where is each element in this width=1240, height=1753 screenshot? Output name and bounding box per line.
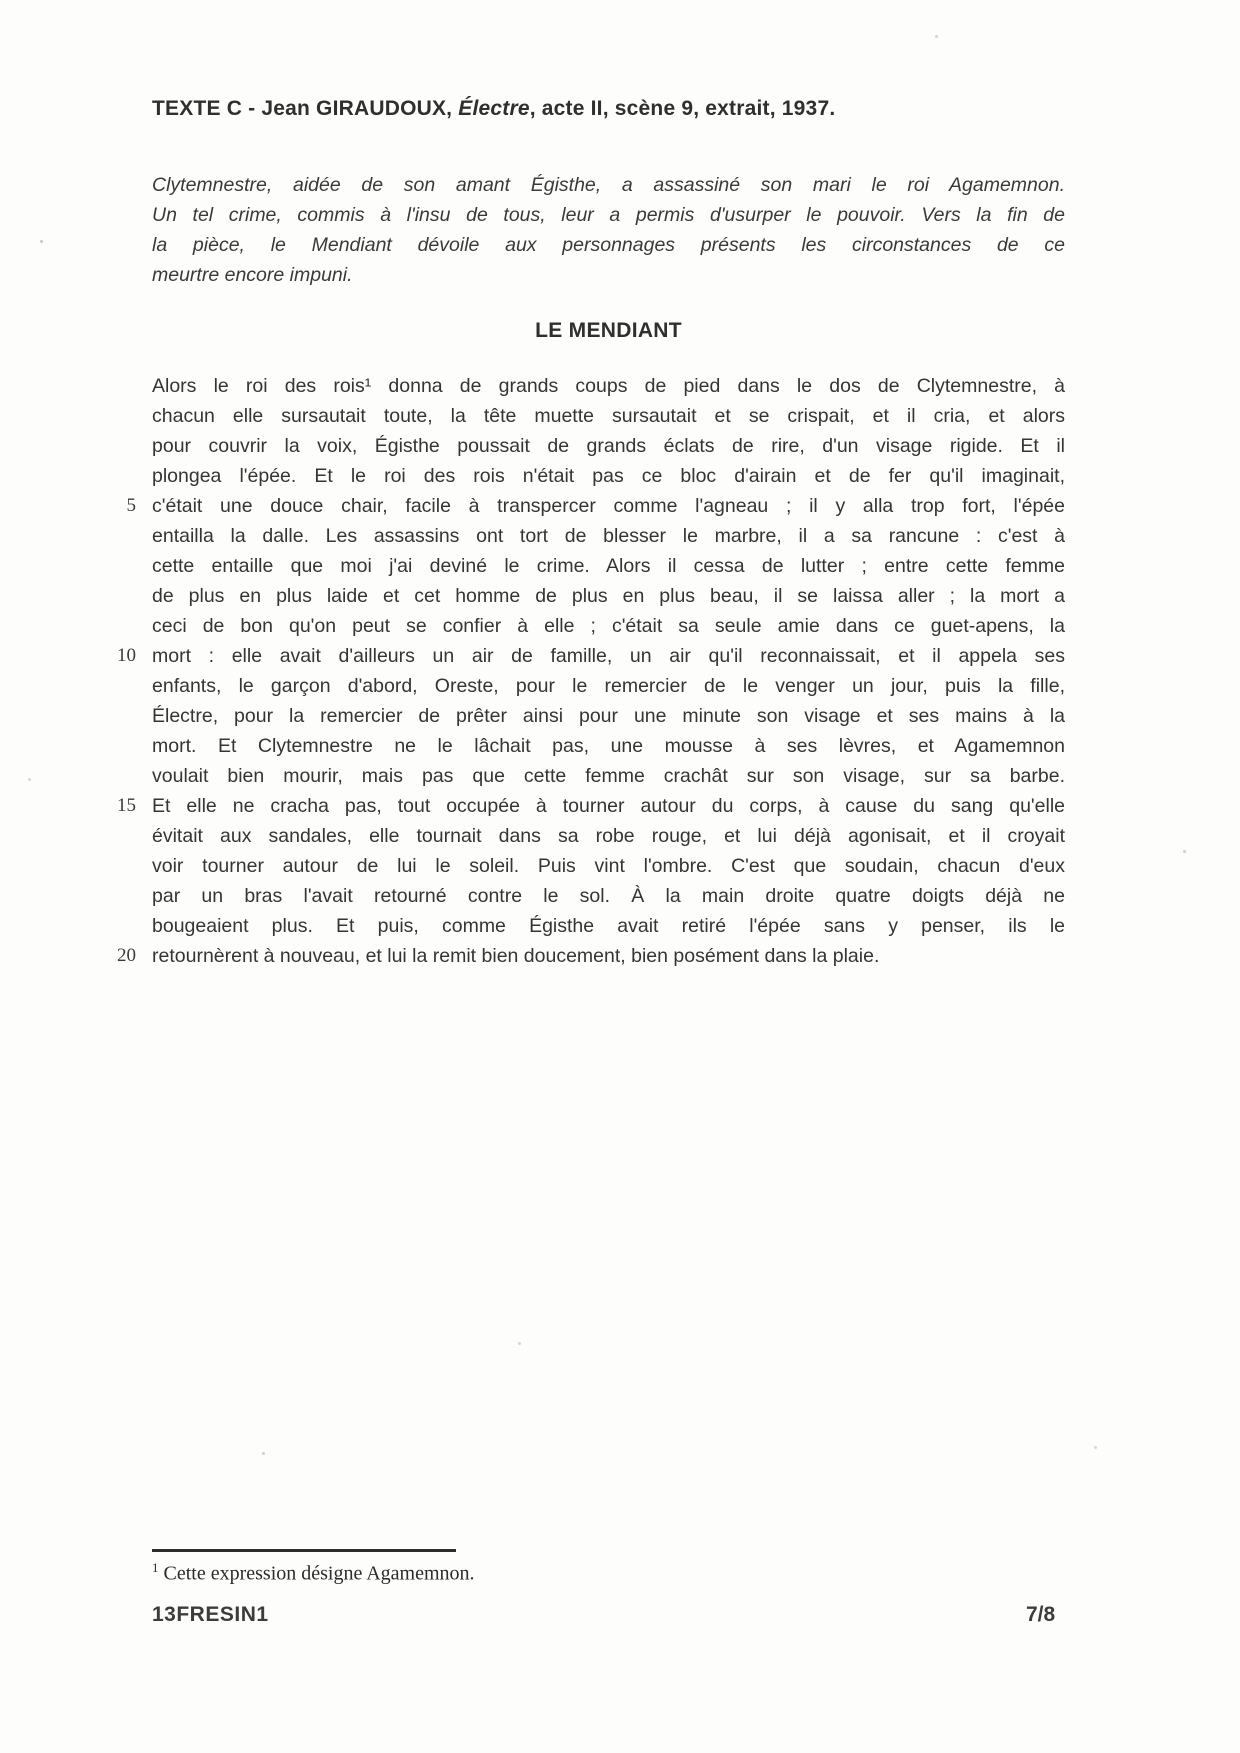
text-line: 10mort : elle avait d'ailleurs un air de… — [152, 641, 1065, 671]
text-line-content: cette entaille que moi j'ai deviné le cr… — [152, 555, 1065, 577]
text-line: entailla la dalle. Les assassins ont tor… — [152, 521, 1065, 551]
text-line: plongea l'épée. Et le roi des rois n'éta… — [152, 461, 1065, 491]
text-line: 5c'était une douce chair, facile à trans… — [152, 491, 1065, 521]
scan-noise — [40, 240, 43, 243]
text-line: voir tourner autour de lui le soleil. Pu… — [152, 851, 1065, 881]
text-line: cette entaille que moi j'ai deviné le cr… — [152, 551, 1065, 581]
text-line: 20retournèrent à nouveau, et lui la remi… — [152, 941, 1065, 971]
document-page: TEXTE C - Jean GIRAUDOUX, Électre, acte … — [0, 0, 1240, 1753]
text-line-content: pour couvrir la voix, Égisthe poussait d… — [152, 435, 1065, 457]
line-number: 15 — [86, 791, 136, 821]
text-line: évitait aux sandales, elle tournait dans… — [152, 821, 1065, 851]
text-line: par un bras l'avait retourné contre le s… — [152, 881, 1065, 911]
text-line-content: par un bras l'avait retourné contre le s… — [152, 885, 1065, 907]
text-line-content: Et elle ne cracha pas, tout occupée à to… — [152, 795, 1065, 817]
play-text: Alors le roi des rois¹ donna de grands c… — [152, 371, 1065, 971]
text-line-content: plongea l'épée. Et le roi des rois n'éta… — [152, 465, 1065, 487]
intro-line: la pièce, le Mendiant dévoile aux person… — [152, 230, 1065, 260]
text-line: Alors le roi des rois¹ donna de grands c… — [152, 371, 1065, 401]
footnote: 1Cette expression désigne Agamemnon. — [152, 1560, 475, 1586]
footnote-text: Cette expression désigne Agamemnon. — [164, 1563, 475, 1585]
line-number: 10 — [86, 641, 136, 671]
character-heading: LE MENDIANT — [152, 319, 1065, 343]
text-line-content: de plus en plus laide et cet homme de pl… — [152, 585, 1065, 607]
text-line-content: ceci de bon qu'on peut se confier à elle… — [152, 615, 1065, 637]
text-line: 15Et elle ne cracha pas, tout occupée à … — [152, 791, 1065, 821]
text-line-content: retournèrent à nouveau, et lui la remit … — [152, 945, 879, 967]
text-line-content: chacun elle sursautait toute, la tête mu… — [152, 405, 1065, 427]
text-line-content: voulait bien mourir, mais pas que cette … — [152, 765, 1065, 787]
text-line-content: évitait aux sandales, elle tournait dans… — [152, 825, 1065, 847]
text-line: mort. Et Clytemnestre ne le lâchait pas,… — [152, 731, 1065, 761]
text-line-content: c'était une douce chair, facile à transp… — [152, 495, 1065, 517]
page-number: 7/8 — [1026, 1603, 1055, 1627]
intro-paragraph: Clytemnestre, aidée de son amant Égisthe… — [152, 170, 1065, 290]
text-line: chacun elle sursautait toute, la tête mu… — [152, 401, 1065, 431]
text-line-content: mort. Et Clytemnestre ne le lâchait pas,… — [152, 735, 1065, 757]
footnote-marker: 1 — [152, 1560, 159, 1575]
text-line: Électre, pour la remercier de prêter ain… — [152, 701, 1065, 731]
text-line: pour couvrir la voix, Égisthe poussait d… — [152, 431, 1065, 461]
title-suffix: , acte II, scène 9, extrait, 1937. — [530, 97, 836, 120]
text-line: bougeaient plus. Et puis, comme Égisthe … — [152, 911, 1065, 941]
text-line-content: bougeaient plus. Et puis, comme Égisthe … — [152, 915, 1065, 937]
text-line-content: enfants, le garçon d'abord, Oreste, pour… — [152, 675, 1065, 697]
page-title: TEXTE C - Jean GIRAUDOUX, Électre, acte … — [152, 97, 835, 121]
text-line-content: voir tourner autour de lui le soleil. Pu… — [152, 855, 1065, 877]
text-line: voulait bien mourir, mais pas que cette … — [152, 761, 1065, 791]
text-line-content: Alors le roi des rois¹ donna de grands c… — [152, 375, 1065, 397]
intro-line: Clytemnestre, aidée de son amant Égisthe… — [152, 170, 1065, 200]
text-line-content: mort : elle avait d'ailleurs un air de f… — [152, 645, 1065, 667]
text-line: ceci de bon qu'on peut se confier à elle… — [152, 611, 1065, 641]
line-number: 5 — [86, 491, 136, 521]
text-line-content: Électre, pour la remercier de prêter ain… — [152, 705, 1065, 727]
footnote-rule — [152, 1549, 456, 1552]
text-line-content: entailla la dalle. Les assassins ont tor… — [152, 525, 1065, 547]
line-number: 20 — [86, 941, 136, 971]
text-line: enfants, le garçon d'abord, Oreste, pour… — [152, 671, 1065, 701]
title-prefix: TEXTE C - Jean GIRAUDOUX, — [152, 97, 458, 120]
intro-line: Un tel crime, commis à l'insu de tous, l… — [152, 200, 1065, 230]
intro-line: meurtre encore impuni. — [152, 260, 1065, 290]
title-work-name: Électre — [458, 97, 529, 120]
document-code: 13FRESIN1 — [152, 1603, 269, 1627]
text-line: de plus en plus laide et cet homme de pl… — [152, 581, 1065, 611]
